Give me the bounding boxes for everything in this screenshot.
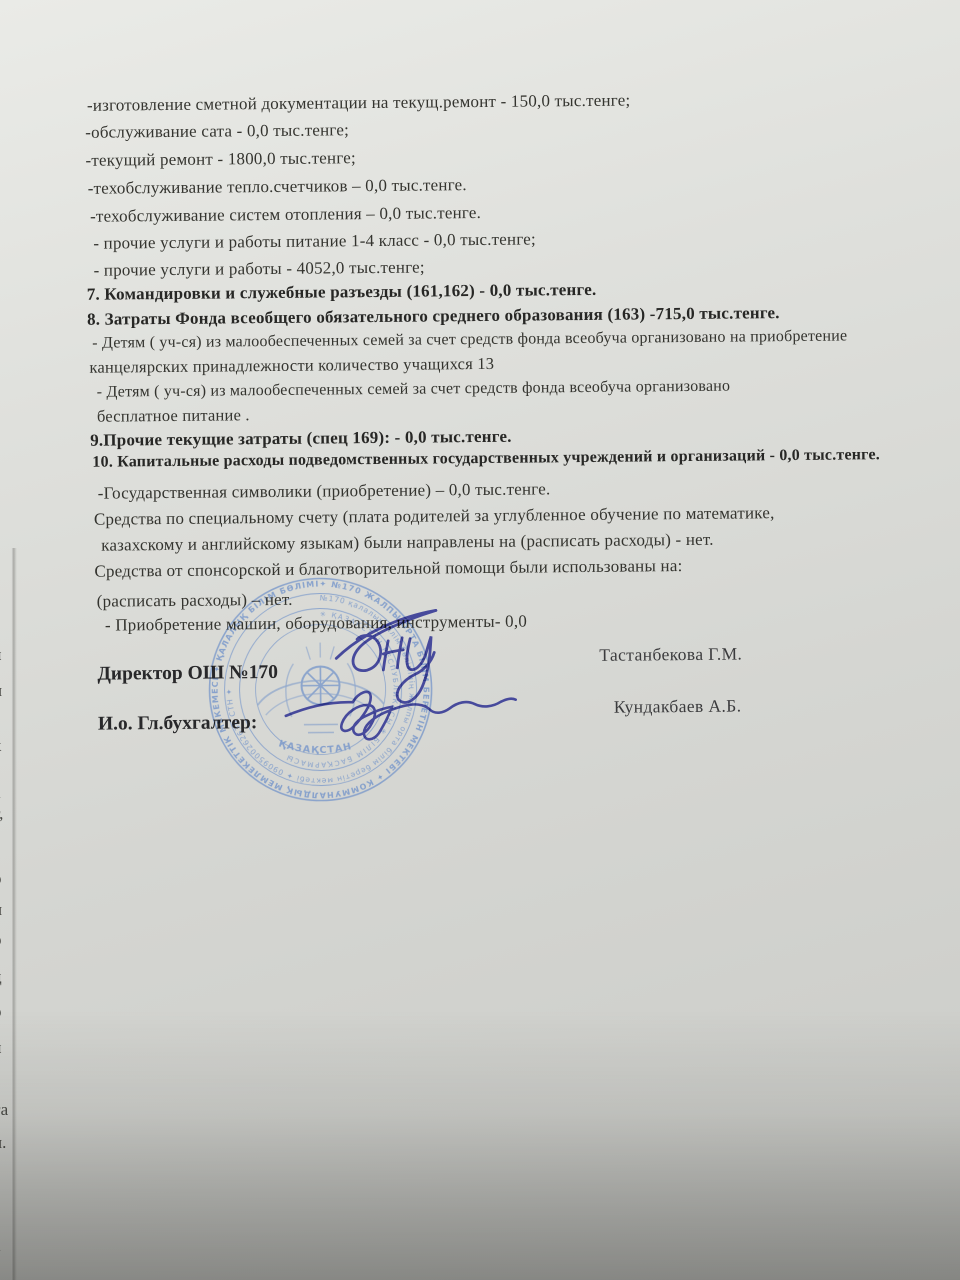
document-photo: -изготовление сметной документации на те… [0, 0, 960, 1280]
underlying-page-fragment: т, [0, 804, 3, 824]
document-sheet: -изготовление сметной документации на те… [0, 0, 960, 1280]
document-line: бесплатное питание . [97, 405, 250, 426]
document-line: -Государственная символики (приобретение… [98, 479, 551, 503]
underlying-page-fragment: л [0, 1038, 1, 1058]
document-line: - Детям ( уч-ся) из малообеспеченных сем… [92, 327, 847, 352]
document-line: -техобслуживание тепло.счетчиков – 0,0 т… [88, 175, 467, 199]
underlying-page-fragment: и [0, 681, 2, 701]
document-line: -текущий ремонт - 1800,0 тыс.тенге; [85, 148, 356, 171]
school-round-stamp-icon: ✦ №170 ЖАЛПЫ ОРТА БІЛІМ БЕРЕТІН МЕКТЕБІ … [194, 563, 446, 815]
document-line: -изготовление сметной документации на те… [87, 91, 631, 116]
underlying-page-fragment: р [0, 869, 2, 889]
underlying-page-fragment: а [0, 1236, 1, 1256]
document-line: 9.Прочие текущие затраты (спец 169): - 0… [90, 427, 512, 451]
document-body: -изготовление сметной документации на те… [0, 0, 956, 5]
document-line: Средства по специальному счету (плата ро… [94, 503, 775, 530]
document-line: -обслуживание сата - 0,0 тыс.тенге; [85, 120, 349, 143]
underlying-page-fragment: к [0, 736, 1, 756]
underlying-page-fragment: та [0, 1100, 8, 1120]
underlying-page-fragment: л [0, 645, 1, 665]
document-line: - Детям ( уч-ся) из малообеспеченных сем… [97, 378, 731, 402]
document-line: 8. Затраты Фонда всеобщего обязательного… [87, 303, 780, 330]
underlying-page-fragment: д [0, 967, 2, 987]
document-line: 10. Капитальные расходы подведомственных… [92, 446, 880, 472]
underlying-page-fragment: п [0, 900, 2, 920]
underlying-page-fragment: о [0, 930, 2, 950]
document-line: 7. Командировки и служебные разъезды (16… [87, 280, 597, 305]
page-edge-shadow [11, 548, 17, 1280]
document-line: - прочие услуги и работы питание 1-4 кла… [93, 229, 536, 253]
underlying-page-fragment: и. [0, 1133, 6, 1153]
accountant-name: Кундакбаев А.Б. [614, 696, 742, 718]
document-line: канцелярских принадлежности количество у… [89, 354, 494, 378]
director-name: Тастанбекова Г.М. [599, 643, 742, 665]
document-line: - прочие услуги и работы - 4052,0 тыс.те… [93, 258, 424, 281]
document-line: -техобслуживание систем отопления – 0,0 … [90, 203, 481, 227]
underlying-page-fragment: 1 [0, 783, 2, 803]
underlying-page-fragment: р [0, 1002, 2, 1022]
document-line: казахскому и английскому языкам) были на… [101, 530, 714, 556]
